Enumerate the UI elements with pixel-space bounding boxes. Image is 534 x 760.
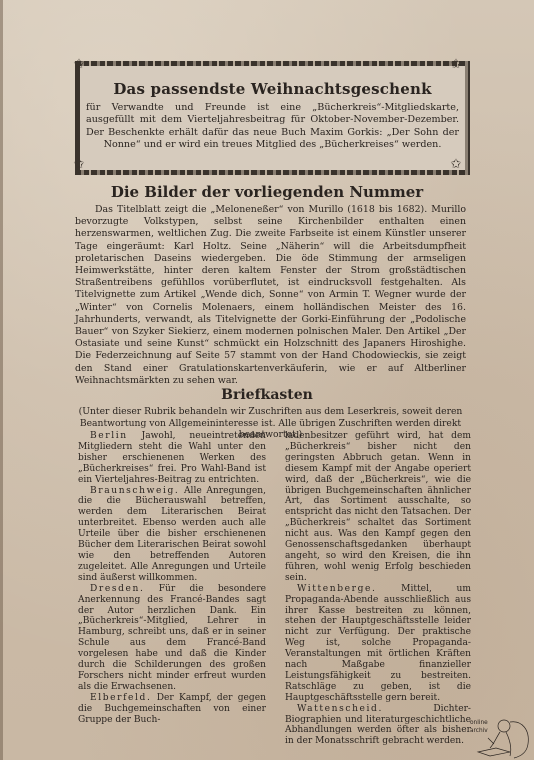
section-text-images: Das Titelblatt zeigt die „Meloneneßer“ v… [75, 204, 466, 387]
letter-item: ladenbesitzer geführt wird, hat dem „Büc… [285, 431, 471, 584]
letter-place: Dresden. [90, 584, 144, 594]
gift-announcement-box: Das passendste Weihnachtsgeschenk für Ve… [75, 61, 470, 175]
letters-column-left: Berlin Jawohl, neueintretenden Mitgliede… [78, 431, 266, 725]
magazine-page: Das passendste Weihnachtsgeschenk für Ve… [0, 0, 534, 760]
letters-column-right: ladenbesitzer geführt wird, hat dem „Büc… [285, 431, 471, 747]
box-text: für Verwandte und Freunde ist eine „Büch… [86, 102, 459, 152]
letter-text: Mittel, um Propaganda-Abende ausschließl… [285, 584, 471, 703]
letter-place: Wittenberge. [297, 584, 377, 594]
star-ornament-icon: ✩ [449, 58, 463, 72]
letter-place: Wattenscheid. [297, 704, 383, 714]
writing-figure-logo-icon [470, 718, 532, 760]
letter-text: ladenbesitzer geführt wird, hat dem „Büc… [285, 431, 471, 583]
star-ornament-icon: ✩ [449, 158, 463, 172]
letter-item: Berlin Jawohl, neueintretenden Mitgliede… [78, 431, 266, 486]
letter-item: Braunschweig. Alle Anregungen, die die B… [78, 486, 266, 584]
letter-item: Wattenscheid. Dichter-Biographien und li… [285, 704, 471, 748]
box-title: Das passendste Weihnachtsgeschenk [80, 80, 465, 98]
section-title-images: Die Bilder der vorliegenden Nummer [0, 183, 534, 201]
letter-item: Elberfeld. Der Kampf, der gegen die Buch… [78, 693, 266, 726]
star-ornament-icon: ✩ [72, 158, 86, 172]
letter-place: Elberfeld. [90, 693, 151, 703]
letter-place: Braunschweig. [90, 486, 179, 496]
letter-text: Für die besondere Anerkennung des Francé… [78, 584, 266, 692]
letter-item: Wittenberge. Mittel, um Propaganda-Abend… [285, 584, 471, 704]
letter-place: Berlin [90, 431, 128, 441]
page-edge [0, 0, 3, 760]
letter-text: Alle Anregungen, die die Bücherauswahl b… [78, 486, 266, 583]
letter-item: Dresden. Für die besondere Anerkennung d… [78, 584, 266, 693]
section-title-briefkasten: Briefkasten [0, 387, 534, 403]
star-ornament-icon: ✩ [72, 58, 86, 72]
